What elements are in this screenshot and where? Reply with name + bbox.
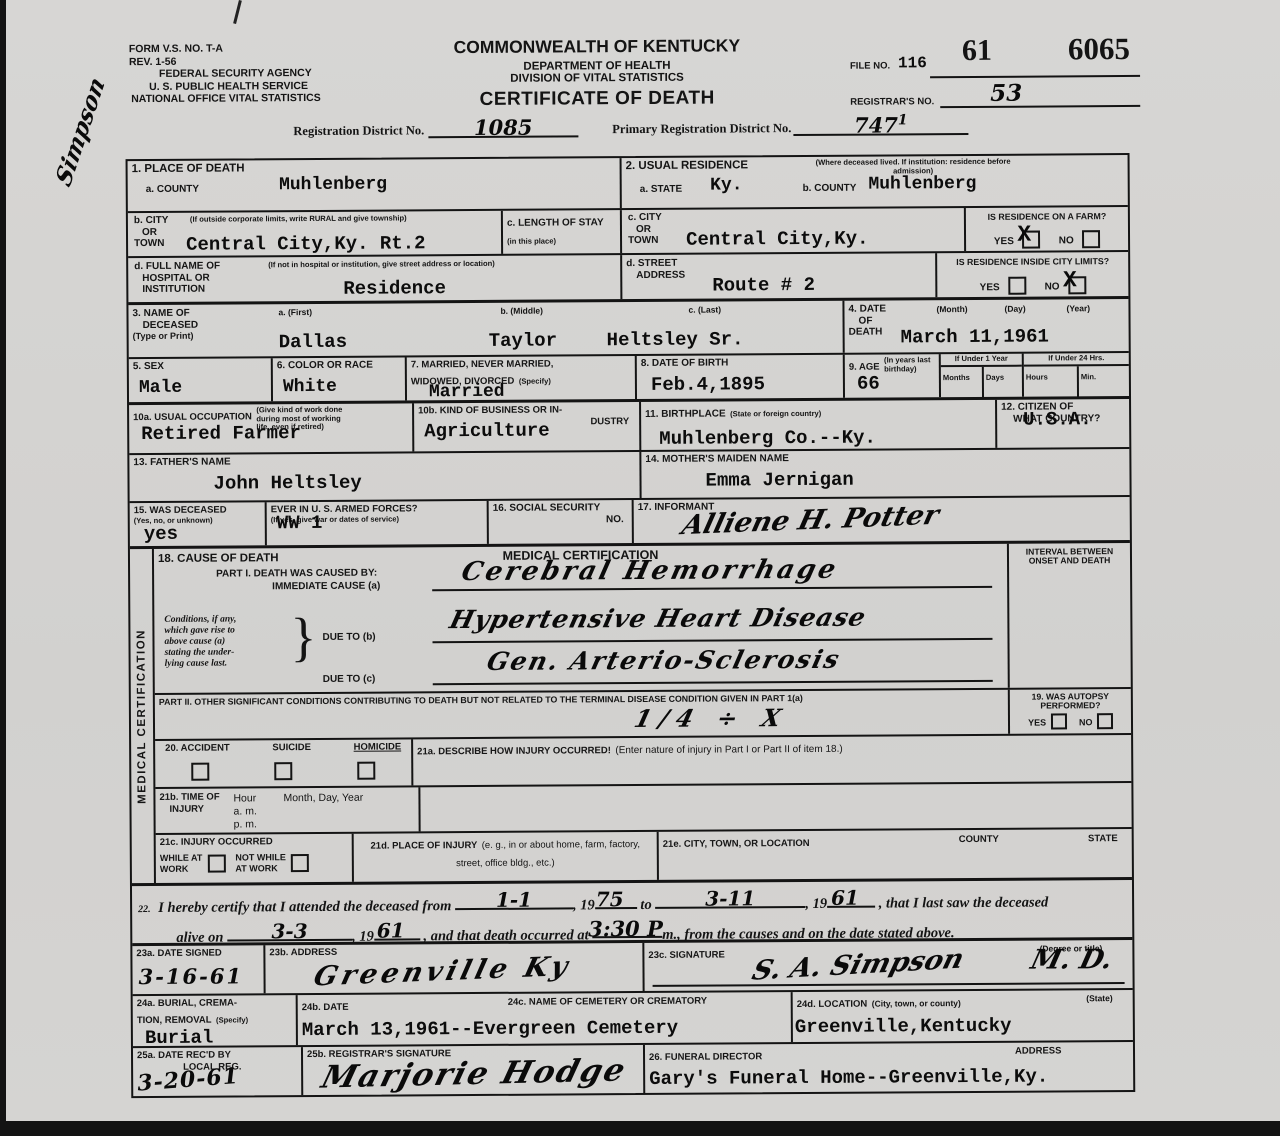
citizen-value: U.S.A.: [1023, 410, 1125, 429]
month-label: (Month): [936, 305, 967, 314]
residence-city-value: Central City,Ky.: [686, 230, 869, 249]
field-armed-forces: EVER IN U. S. ARMED FORCES? (If yes, giv…: [267, 501, 489, 545]
margin-handwriting: Simpson: [31, 19, 130, 246]
alive-year-value: 61: [377, 918, 405, 942]
registrar-signature-value: Marjorie Hodge: [318, 1052, 631, 1095]
homicide-label: HOMICIDE: [354, 741, 402, 753]
field-injury-occurred: 21c. INJURY OCCURRED WHILE AT WORK: [156, 834, 354, 883]
field-birthplace: 11. BIRTHPLACE (State or foreign country…: [641, 400, 997, 450]
field-injury-place: 21d. PLACE OF INJURY (e. g., in or about…: [354, 832, 659, 882]
registration-district-label: Registration District No.: [293, 123, 424, 139]
file-number-block: FILE NO. 116 61 6065 REGISTRAR'S NO. 53: [850, 37, 1142, 39]
death-time-field: 3:30 P: [592, 919, 662, 938]
part1-label: PART I. DEATH WAS CAUSED BY:: [216, 568, 377, 580]
certify-seg9: m., from the causes and on the date stat…: [662, 925, 955, 943]
form-number-block: FORM V.S. NO. T-A REV. 1-56 FEDERAL SECU…: [129, 42, 321, 106]
certificate-title: CERTIFICATE OF DEATH: [417, 87, 777, 111]
mother-label: 14. MOTHER'S MAIDEN NAME: [645, 451, 1125, 465]
alive-on-value: 3-3: [271, 919, 307, 943]
district-line: Registration District No. 1085 Primary R…: [293, 116, 968, 139]
to-year-value: 61: [831, 886, 859, 910]
burial-value: Burial: [145, 1028, 292, 1047]
death-date-value: March 11,1961: [901, 327, 1049, 346]
day-label: (Day): [1004, 305, 1025, 314]
field-marital-status: 7. MARRIED, NEVER MARRIED, WIDOWED, DIVO…: [407, 356, 637, 400]
accident-label: 20. ACCIDENT: [165, 743, 230, 755]
field-cause-of-death: 18. CAUSE OF DEATH MEDICAL CERTIFICATION…: [154, 544, 1010, 693]
field-industry: 10b. KIND OF BUSINESS OR IN- DUSTRY Agri…: [414, 402, 641, 451]
autopsy-yes-label: YES: [1028, 718, 1046, 728]
registrar-no-value: 53: [990, 80, 1022, 107]
birthplace-value: Muhlenberg Co.--Ky.: [659, 428, 991, 448]
injury-time-label-1: 21b. TIME OF: [159, 792, 219, 804]
primary-district-sup: 1: [898, 112, 908, 128]
field-city-limits-question: IS RESIDENCE INSIDE CITY LIMITS? YES NO …: [937, 252, 1128, 297]
last-name-label: c. (Last): [688, 306, 721, 315]
race-label: 6. COLOR OR RACE: [277, 359, 401, 371]
farm-question-label: IS RESIDENCE ON A FARM?: [970, 211, 1124, 223]
field-residence-city: c. CITY OR TOWN Central City,Ky.: [622, 208, 966, 253]
field-city-of-death: b. CITY OR TOWN (If outside corporate li…: [128, 211, 503, 256]
file-no-right: 6065: [1068, 31, 1130, 67]
conditions-line-4: stating the under-: [165, 647, 293, 659]
alive-on-field: 3-3: [227, 922, 352, 942]
field-hospital-name: d. FULL NAME OF HOSPITAL OR INSTITUTION …: [128, 255, 622, 302]
registration-district-field: 1085: [428, 118, 578, 138]
certify-seg3: to: [640, 897, 651, 913]
md-signature-label: 23c. SIGNATURE: [648, 949, 724, 960]
field-occupation: 10a. USUAL OCCUPATION (Give kind of work…: [129, 403, 414, 453]
field-sex: 5. SEX Male: [129, 358, 273, 402]
registration-district-value: 1085: [474, 115, 533, 140]
residence-city-label-2: OR: [636, 223, 662, 235]
hospital-value: Residence: [343, 279, 446, 298]
field-name-of-deceased: 3. NAME OF DECEASED (Type or Print) a. (…: [128, 301, 844, 357]
division-title: DIVISION OF VITAL STATISTICS: [417, 71, 777, 85]
cause-c-line: Gen. Arterio-Sclerosis: [433, 644, 993, 685]
conditions-line-1: Conditions, if any,: [164, 614, 292, 626]
injury-state-label: STATE: [1088, 833, 1118, 845]
usual-residence-paren: (Where deceased lived. If institution: r…: [808, 158, 1018, 176]
county-value: Muhlenberg: [279, 176, 387, 195]
year-label: (Year): [1066, 304, 1090, 313]
farm-yes-x-mark: X: [1017, 221, 1031, 247]
limits-question-label: IS RESIDENCE INSIDE CITY LIMITS?: [941, 256, 1124, 269]
field-citizen: 12. CITIZEN OF WHAT COUNTRY? U.S.A.: [997, 399, 1129, 448]
field-interval-onset: INTERVAL BETWEEN ONSET AND DEATH: [1009, 543, 1131, 688]
sex-value: Male: [139, 378, 267, 397]
city-paren: (If outside corporate limits, write RURA…: [190, 214, 420, 224]
under1-label: If Under 1 Year: [941, 354, 1022, 367]
injury-occurred-label: 21c. INJURY OCCURRED: [160, 836, 348, 849]
marital-paren: (Specify): [519, 376, 551, 385]
hospital-label-1: d. FULL NAME OF: [134, 261, 220, 273]
length-of-stay-paren: (in this place): [507, 237, 556, 246]
certify-seg2: , 19: [573, 897, 595, 913]
field-violence: 20. ACCIDENT SUICIDE HOMICIDE: [155, 739, 413, 787]
ssn-label: 16. SOCIAL SECURITY: [493, 502, 628, 514]
form-number: FORM V.S. NO. T-A: [129, 42, 321, 56]
field-ssn: 16. SOCIAL SECURITY NO.: [489, 500, 634, 544]
ssn-label-2: NO.: [493, 514, 624, 526]
date-signed-label: 23a. DATE SIGNED: [136, 947, 259, 959]
field-injury-time-entry: [420, 783, 1131, 831]
field-usual-residence: 2. USUAL RESIDENCE (Where deceased lived…: [622, 155, 1128, 208]
accident-checkbox: [192, 762, 210, 780]
field-burial-type: 24a. BURIAL, CREMA- TION, REMOVAL (Speci…: [133, 995, 298, 1046]
attended-to-value: 3-11: [705, 886, 755, 910]
cemetery-name-label: 24c. NAME OF CEMETERY OR CREMATORY: [508, 996, 707, 1009]
field-date-of-birth: 8. DATE OF BIRTH Feb.4,1895: [637, 355, 845, 399]
birthplace-paren: (State or foreign country): [730, 409, 821, 419]
middle-name-label: b. (Middle): [500, 307, 543, 316]
farm-no-checkbox: [1082, 230, 1100, 248]
limits-yes-label: YES: [980, 282, 1000, 293]
attended-to-field: 3-11: [655, 889, 805, 909]
injury-pm-label: p. m.: [234, 818, 257, 830]
file-no-label: FILE NO.: [850, 60, 890, 72]
medical-certification-strip: MEDICAL CERTIFICATION: [130, 549, 156, 883]
burial-location-paren1: (City, town, or county): [872, 998, 961, 1009]
limits-no-x-mark: X: [1063, 267, 1077, 293]
field-autopsy: 19. WAS AUTOPSY PERFORMED? YES NO: [1010, 689, 1131, 734]
under24-label: If Under 24 Hrs.: [1024, 353, 1129, 366]
birthplace-label: 11. BIRTHPLACE: [645, 408, 726, 419]
death-date-label-3: DEATH: [849, 326, 887, 338]
agency-1: FEDERAL SECURITY AGENCY: [159, 67, 321, 80]
father-label: 13. FATHER'S NAME: [133, 454, 635, 469]
md-degree-value: M. D.: [1028, 944, 1116, 976]
commonwealth-title: COMMONWEALTH OF KENTUCKY: [417, 35, 777, 58]
field-length-of-stay: c. LENGTH OF STAY (in this place): [503, 210, 622, 254]
sex-label: 5. SEX: [133, 360, 267, 372]
autopsy-label-2: PERFORMED?: [1014, 701, 1127, 710]
field-mother-name: 14. MOTHER'S MAIDEN NAME Emma Jernigan: [641, 449, 1129, 498]
burial-label-2: TION, REMOVAL: [137, 1014, 212, 1025]
city-of-death-value: Central City,Ky. Rt.2: [186, 234, 426, 253]
burial-date-label: 24b. DATE: [302, 1002, 349, 1013]
field-age: 9. AGE (In years last birthday) 66: [845, 354, 941, 398]
was-deceased-value: yes: [144, 524, 261, 543]
city-label-3: TOWN: [134, 238, 169, 250]
city-label-1: b. CITY: [134, 215, 169, 227]
field-was-deceased: 15. WAS DECEASED (Yes, no, or unknown) y…: [130, 502, 267, 546]
hours-cell: Hours: [1024, 366, 1079, 397]
agency-2: U. S. PUBLIC HEALTH SERVICE: [149, 79, 321, 93]
certificate-table: 1. PLACE OF DEATH a. COUNTY Muhlenberg 2…: [126, 153, 1136, 1098]
field-race: 6. COLOR OR RACE White: [273, 357, 407, 401]
death-date-label-2: OF: [859, 315, 887, 327]
not-while-at-work-checkbox: [291, 854, 309, 872]
certify-seg5: , that I last saw the deceased: [879, 895, 1049, 912]
alive-year-field: 61: [374, 921, 420, 940]
field-md-signature: 23c. SIGNATURE (Degree or title) S. A. S…: [644, 940, 1132, 991]
street-value: Route # 2: [712, 276, 815, 295]
certify-number: 22.: [138, 904, 151, 915]
file-no-mid: 61: [962, 34, 992, 68]
agency-3: NATIONAL OFFICE VITAL STATISTICS: [131, 92, 321, 106]
injury-mdy-label: Month, Day, Year: [283, 792, 363, 804]
part2-handwritten-marks: 1/4 ÷ X: [631, 703, 792, 733]
injury-time-label-2: INJURY: [169, 803, 219, 815]
attended-from-value: 1-1: [496, 888, 532, 912]
primary-district-field: 7471: [793, 116, 968, 136]
race-value: White: [283, 377, 401, 396]
due-to-c-label: DUE TO (c): [323, 674, 376, 686]
md-signature-underline: [653, 982, 1125, 987]
field-father-name: 13. FATHER'S NAME John Heltsley: [129, 452, 641, 501]
months-cell: Months: [941, 366, 984, 397]
residence-city-label-3: TOWN: [628, 235, 662, 247]
hospital-label-2: HOSPITAL OR: [142, 272, 220, 284]
field-date-of-death: 4. DATE OF DEATH (Month) (Day) (Year) Ma…: [844, 299, 1128, 353]
months-label: Months: [943, 373, 970, 382]
deceased-title-3: (Type or Print): [133, 331, 199, 343]
date-received-value: 3-20-61: [136, 1059, 298, 1097]
part2-label: PART II. OTHER SIGNIFICANT CONDITIONS CO…: [159, 692, 1004, 709]
field-date-received: 25a. DATE REC'D BY LOCAL REG. 3-20-61: [133, 1047, 303, 1096]
usual-residence-title: 2. USUAL RESIDENCE: [626, 159, 749, 177]
birth-date-label: 8. DATE OF BIRTH: [641, 357, 839, 370]
residence-county-value: Muhlenberg: [868, 175, 976, 194]
conditions-line-2: which gave rise to: [164, 625, 292, 637]
md-signature-value: S. A. Simpson: [749, 944, 968, 987]
certify-seg8: , and that death occurred at: [423, 927, 588, 944]
injury-hour-label: Hour: [233, 792, 256, 804]
injury-am-label: a. m.: [233, 805, 256, 817]
cause-a-line: Cerebral Hemorrhage: [432, 554, 992, 591]
field-place-of-death: 1. PLACE OF DEATH a. COUNTY Muhlenberg: [128, 158, 622, 211]
cause-c-value: Gen. Arterio-Sclerosis: [484, 645, 844, 676]
field-cemetery: 24b. DATE 24c. NAME OF CEMETERY OR CREMA…: [298, 992, 793, 1045]
field-part2-conditions: PART II. OTHER SIGNIFICANT CONDITIONS CO…: [155, 690, 1010, 739]
funeral-director-value: Gary's Funeral Home--Greenville,Ky.: [649, 1068, 1048, 1088]
field-injury-description: 21a. DESCRIBE HOW INJURY OCCURRED! (Ente…: [413, 735, 1131, 785]
days-cell: Days: [984, 366, 1022, 397]
primary-district-value: 7471: [854, 112, 908, 137]
hospital-paren: (If not in hospital or institution, give…: [268, 259, 598, 270]
to-year-field: 61: [827, 889, 875, 908]
injury-desc-paren: (Enter nature of injury in Part I or Par…: [615, 744, 842, 756]
residence-county-label: b. COUNTY: [803, 182, 857, 194]
age-label: 9. AGE: [849, 362, 880, 373]
hours-label: Hours: [1026, 372, 1048, 381]
medical-certification-vertical-label: MEDICAL CERTIFICATION: [135, 629, 148, 804]
margin-note-text: Simpson: [51, 72, 110, 192]
field-md-address: 23b. ADDRESS Greenville Ky: [265, 943, 644, 993]
first-name-label: a. (First): [278, 308, 312, 317]
field-funeral-director: 26. FUNERAL DIRECTOR ADDRESS Gary's Fune…: [645, 1042, 1133, 1093]
field-street-address: d. STREET ADDRESS Route # 2: [622, 253, 937, 299]
days-label: Days: [986, 372, 1004, 381]
field-farm-question: IS RESIDENCE ON A FARM? YES X NO: [966, 207, 1128, 251]
scan-edge-bottom: [0, 1121, 1280, 1136]
field-date-signed: 23a. DATE SIGNED 3-16-61: [132, 945, 265, 994]
occupation-label: 10a. USUAL OCCUPATION: [133, 411, 252, 423]
certify-seg7: , 19: [352, 929, 374, 945]
due-to-b-label: DUE TO (b): [322, 632, 375, 644]
not-while-at-work-label-2: AT WORK: [235, 863, 286, 875]
injury-place-paren: (e. g., in or about home, farm, factory,…: [456, 839, 640, 869]
city-label-2: OR: [142, 226, 169, 238]
form-revision: REV. 1-56: [129, 54, 321, 68]
file-no-underline: [930, 75, 1140, 78]
field-informant: 17. INFORMANT Alliene H. Potter: [634, 497, 1130, 543]
field-under-one-year: If Under 1 Year Months Days: [941, 354, 1024, 398]
min-label: Min.: [1081, 372, 1096, 381]
street-label-1: d. STREET: [626, 258, 685, 270]
min-cell: Min.: [1079, 366, 1129, 397]
county-label: a. COUNTY: [146, 183, 199, 195]
primary-district-label: Primary Registration District No.: [612, 121, 791, 137]
birth-date-value: Feb.4,1895: [651, 374, 839, 393]
field-certification-statement: 22. I hereby certify that I attended the…: [132, 880, 1132, 943]
certify-seg1: I hereby certify that I attended the dec…: [158, 898, 451, 916]
length-of-stay-label: c. LENGTH OF STAY: [507, 217, 604, 229]
first-name-value: Dallas: [279, 333, 348, 351]
hospital-label-3: INSTITUTION: [142, 284, 220, 296]
file-no-prefix: 116: [898, 54, 927, 72]
while-at-work-label-2: WORK: [160, 864, 203, 876]
burial-paren: (Specify): [216, 1015, 248, 1024]
date-signed-value: 3-16-61: [138, 963, 259, 989]
from-year-field: 75: [595, 890, 637, 909]
mother-value: Emma Jernigan: [705, 469, 1125, 490]
suicide-checkbox: [274, 762, 292, 780]
field-injury-time: 21b. TIME OF INJURY Hour Month, Day, Yea…: [155, 787, 420, 833]
state-value: Ky.: [710, 177, 743, 195]
cause-a-value: Cerebral Hemorrhage: [458, 555, 841, 587]
cemetery-value: March 13,1961--Evergreen Cemetery: [302, 1019, 678, 1039]
certify-seg4: , 19: [805, 896, 827, 912]
burial-location-label: 24d. LOCATION: [797, 999, 868, 1010]
registrar-no-label: REGISTRAR'S NO.: [850, 96, 934, 108]
homicide-checkbox: [357, 761, 375, 779]
conditions-block: Conditions, if any, which gave rise to a…: [164, 614, 292, 670]
state-label: a. STATE: [640, 183, 682, 195]
conditions-line-5: lying cause last.: [165, 658, 293, 670]
last-name-value: Heltsley Sr.: [607, 330, 744, 349]
suicide-label: SUICIDE: [272, 742, 311, 754]
while-at-work-checkbox: [207, 855, 225, 873]
burial-location-value: Greenville,Kentucky: [795, 1017, 1012, 1036]
autopsy-yes-checkbox: [1050, 713, 1066, 729]
residence-city-label-1: c. CITY: [628, 212, 662, 224]
farm-no-label: NO: [1059, 235, 1074, 246]
funeral-address-label: ADDRESS: [1015, 1045, 1062, 1057]
age-paren: (In years last birthday): [884, 356, 932, 373]
not-while-at-work-label-1: NOT WHILE: [235, 852, 286, 864]
field-registrar-signature: 25b. REGISTRAR'S SIGNATURE Marjorie Hodg…: [303, 1045, 645, 1095]
header-center: COMMONWEALTH OF KENTUCKY DEPARTMENT OF H…: [417, 35, 777, 111]
field-injury-location: 21e. CITY, TOWN, OR LOCATION COUNTY STAT…: [659, 829, 1132, 880]
brace-glyph: }: [290, 606, 316, 668]
field-burial-location: 24d. LOCATION (City, town, or county) (S…: [793, 990, 1133, 1042]
limits-yes-checkbox: [1008, 276, 1026, 294]
occupation-value: Retired Farmer: [141, 423, 408, 443]
deceased-title-1: 3. NAME OF: [132, 308, 198, 320]
injury-location-label: 21e. CITY, TOWN, OR LOCATION: [663, 838, 810, 850]
middle-name-value: Taylor: [489, 332, 558, 350]
deceased-title-2: DECEASED: [143, 319, 199, 331]
limits-no-label: NO: [1045, 281, 1060, 292]
death-certificate: Simpson FORM V.S. NO. T-A REV. 1-56 FEDE…: [0, 0, 1280, 1124]
injury-place-label: 21d. PLACE OF INJURY: [370, 840, 477, 852]
interval-label-2: ONSET AND DEATH: [1013, 556, 1126, 565]
death-time-value: 3:30 P: [588, 916, 663, 941]
burial-label-1: 24a. BURIAL, CREMA-: [137, 997, 292, 1009]
cause-b-line: Hypertensive Heart Disease: [432, 602, 992, 643]
from-year-value: 75: [596, 887, 624, 911]
autopsy-no-label: NO: [1079, 717, 1093, 727]
conditions-line-3: above cause (a): [164, 636, 292, 648]
farm-yes-label: YES: [994, 236, 1014, 247]
immediate-cause-label: IMMEDIATE CAUSE (a): [272, 581, 380, 593]
age-value: 66: [857, 374, 935, 392]
street-label-2: ADDRESS: [636, 269, 685, 281]
burial-location-paren2: (State): [1086, 994, 1113, 1003]
registrar-no-underline: [940, 105, 1140, 108]
injury-desc-label: 21a. DESCRIBE HOW INJURY OCCURRED!: [417, 745, 611, 757]
funeral-director-label: 26. FUNERAL DIRECTOR: [649, 1051, 762, 1063]
injury-county-label: COUNTY: [959, 834, 999, 846]
cause-b-value: Hypertensive Heart Disease: [447, 603, 870, 635]
field-under-24-hours: If Under 24 Hrs. Hours Min.: [1024, 353, 1129, 397]
death-date-label-1: 4. DATE: [848, 303, 886, 315]
autopsy-no-checkbox: [1097, 713, 1113, 729]
father-value: John Heltsley: [213, 472, 635, 493]
while-at-work-label-1: WHILE AT: [160, 852, 203, 864]
attended-from-field: 1-1: [455, 890, 573, 910]
certify-seg6: alive on: [176, 930, 223, 946]
